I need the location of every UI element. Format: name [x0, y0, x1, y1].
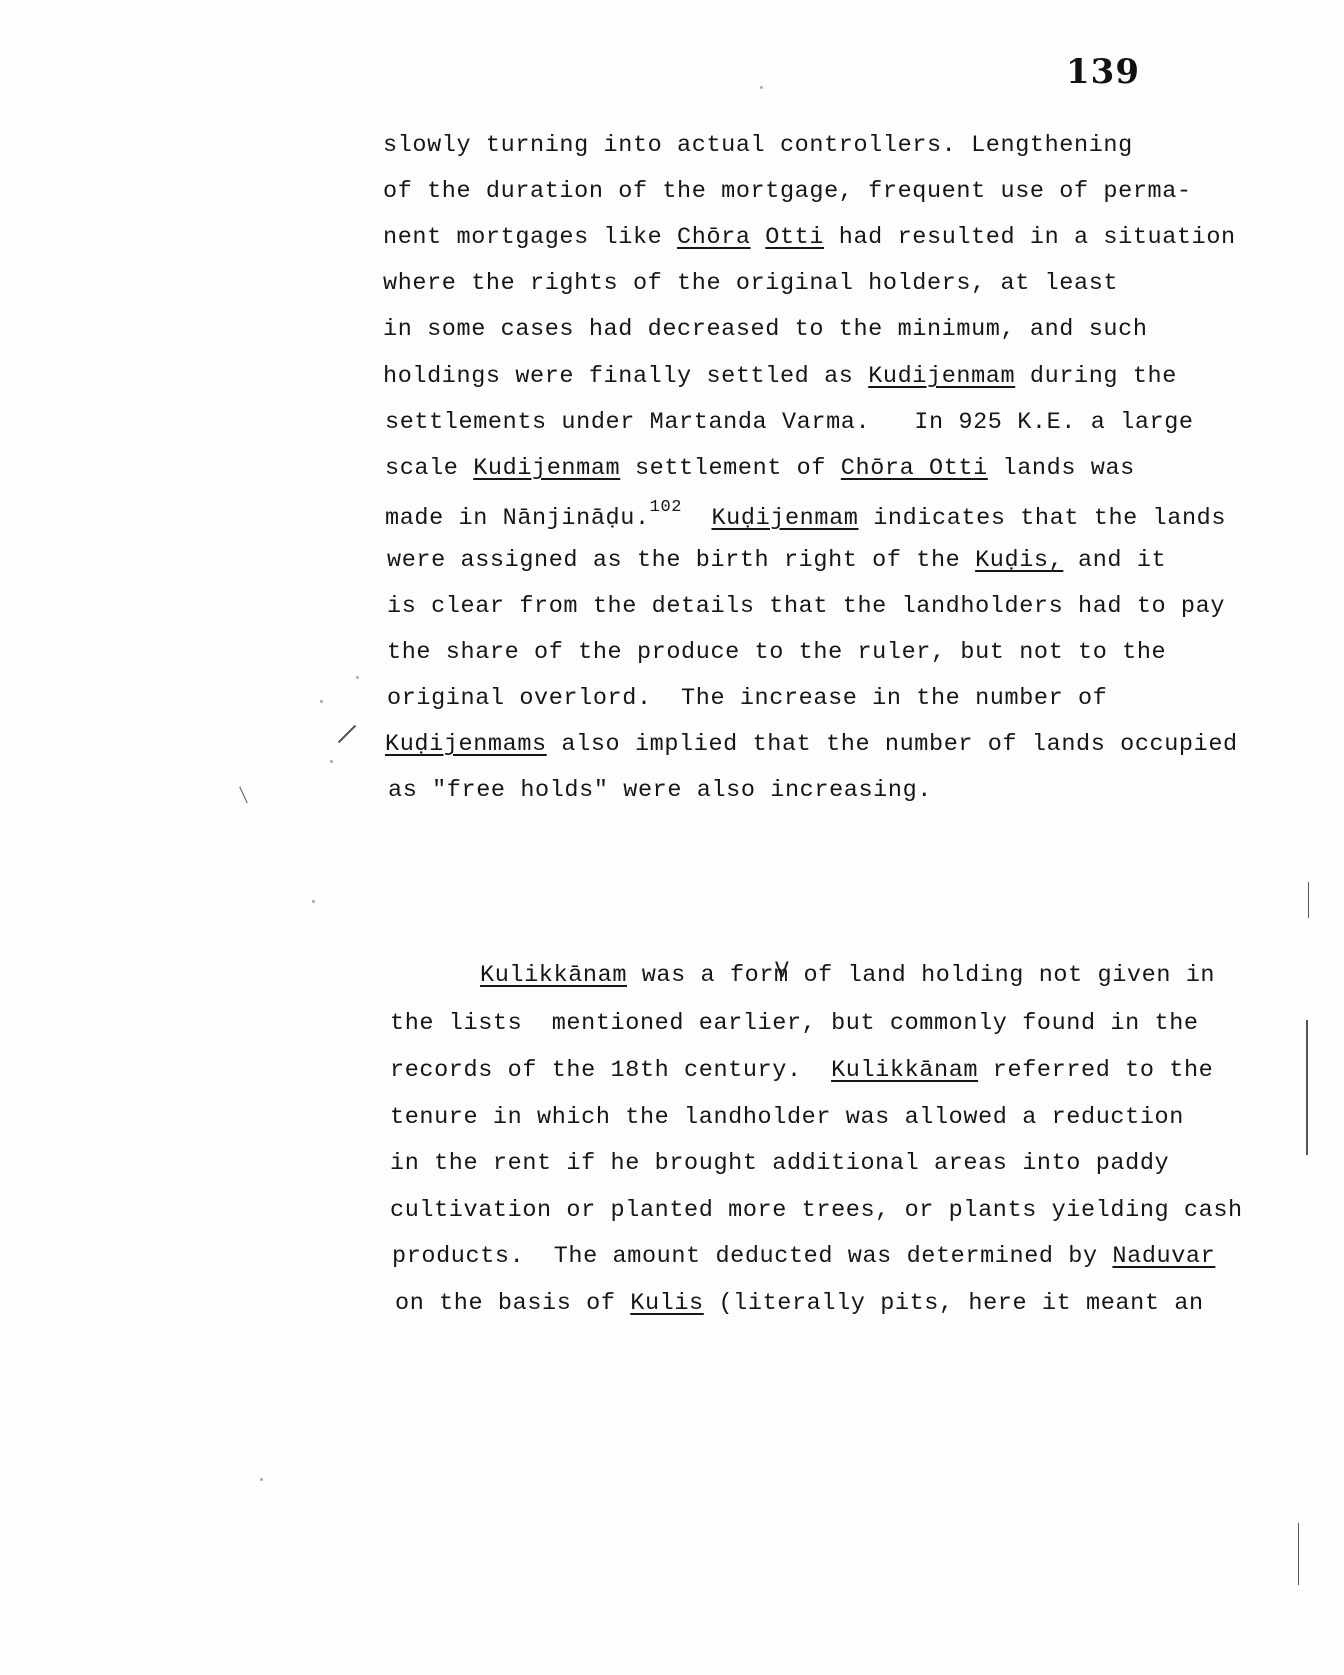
text-run: scale	[385, 455, 473, 482]
underlined-term: Kulis	[630, 1290, 704, 1317]
text-run: as "free holds" were also increasing.	[388, 777, 932, 804]
text-run: records of the 18th century.	[390, 1057, 831, 1084]
text-run: indicates that the lands	[859, 505, 1227, 532]
text-run: made in Nānjināḍu.	[385, 505, 650, 532]
underlined-term: Kulikkānam	[831, 1057, 978, 1084]
text-line: where the rights of the original holders…	[383, 270, 1118, 297]
text-line: nent mortgages like Chōra Otti had resul…	[383, 224, 1236, 251]
text-run: original overlord. The increase in the n…	[387, 685, 1107, 712]
text-run: referred to the	[978, 1057, 1213, 1084]
text-line: original overlord. The increase in the n…	[387, 685, 1107, 712]
text-run: holdings were finally settled as	[383, 363, 868, 390]
text-line: settlements under Martanda Varma. In 925…	[385, 409, 1194, 436]
underlined-term: Kudijenmam	[473, 455, 620, 482]
scan-speck	[320, 700, 323, 703]
text-line: scale Kudijenmam settlement of Chōra Ott…	[385, 455, 1135, 482]
text-run: were assigned as the birth right of the	[387, 547, 975, 574]
scan-mark	[239, 787, 248, 804]
text-run: had resulted in a situation	[824, 224, 1236, 251]
text-line: of the duration of the mortgage, frequen…	[383, 178, 1192, 205]
text-line: on the basis of Kulis (literally pits, h…	[395, 1290, 1204, 1317]
text-run: settlements under Martanda Varma. In 925…	[385, 409, 1194, 436]
scanned-page: 139 slowly turning into actual controlle…	[0, 0, 1344, 1675]
text-run: settlement of	[620, 455, 841, 482]
footnote-ref: 102	[650, 498, 682, 517]
text-line: were assigned as the birth right of the …	[387, 547, 1166, 574]
text-run: during the	[1015, 363, 1177, 390]
text-run: was a form of land holding not given in	[627, 962, 1215, 989]
scan-mark	[1298, 1523, 1299, 1585]
text-run: in some cases had decreased to the minim…	[383, 316, 1148, 343]
underlined-term: Chōra Otti	[841, 455, 988, 482]
text-run: also implied that the number of lands oc…	[547, 731, 1238, 758]
text-run: on the basis of	[395, 1290, 630, 1317]
underlined-term: Otti	[765, 224, 824, 251]
text-run: is clear from the details that the landh…	[387, 593, 1225, 620]
text-line: cultivation or planted more trees, or pl…	[390, 1197, 1243, 1224]
text-line: Kulikkānam was a form of land holding no…	[480, 962, 1215, 989]
text-run: slowly turning into actual controllers. …	[383, 132, 1133, 159]
text-run	[682, 505, 711, 532]
text-line: is clear from the details that the landh…	[387, 593, 1225, 620]
underlined-term: Kulikkānam	[480, 962, 627, 989]
underlined-term: Kudijenmam	[868, 363, 1015, 390]
text-run: lands was	[988, 455, 1135, 482]
text-run: of the duration of the mortgage, frequen…	[383, 178, 1192, 205]
text-run: the share of the produce to the ruler, b…	[387, 639, 1166, 666]
text-line: the share of the produce to the ruler, b…	[387, 639, 1166, 666]
text-run: (literally pits, here it meant an	[704, 1290, 1204, 1317]
text-line: made in Nānjināḍu.102 Kuḍijenmam indicat…	[385, 502, 1226, 532]
text-run	[751, 224, 766, 251]
text-run: the lists mentioned earlier, but commonl…	[390, 1010, 1199, 1037]
underlined-term: Naduvar	[1112, 1243, 1215, 1270]
scan-speck	[356, 676, 359, 679]
text-line: holdings were finally settled as Kudijen…	[383, 363, 1177, 390]
text-run: products. The amount deducted was determ…	[392, 1243, 1112, 1270]
text-line: products. The amount deducted was determ…	[392, 1243, 1215, 1270]
underlined-term: Kuḍijenmams	[385, 731, 547, 758]
text-run: tenure in which the landholder was allow…	[390, 1104, 1184, 1131]
scan-speck	[760, 86, 763, 89]
scan-mark	[338, 725, 356, 743]
underlined-term: Kuḍijenmam	[711, 505, 858, 532]
scan-mark	[1306, 1020, 1308, 1155]
text-line: records of the 18th century. Kulikkānam …	[390, 1057, 1213, 1084]
text-line: Kuḍijenmams also implied that the number…	[385, 731, 1238, 758]
underlined-term: Kuḍis,	[975, 547, 1063, 574]
underlined-term: Chōra	[677, 224, 751, 251]
scan-speck	[260, 1478, 263, 1481]
text-line: tenure in which the landholder was allow…	[390, 1104, 1184, 1131]
text-line: in some cases had decreased to the minim…	[383, 316, 1148, 343]
text-line: in the rent if he brought additional are…	[390, 1150, 1169, 1177]
text-run: and it	[1063, 547, 1166, 574]
text-run: in the rent if he brought additional are…	[390, 1150, 1169, 1177]
text-line: the lists mentioned earlier, but commonl…	[390, 1010, 1199, 1037]
text-run: nent mortgages like	[383, 224, 677, 251]
text-line: as "free holds" were also increasing.	[388, 777, 932, 804]
scan-speck	[330, 760, 333, 763]
text-line: slowly turning into actual controllers. …	[383, 132, 1133, 159]
page-number: 139	[1066, 52, 1140, 92]
text-run: cultivation or planted more trees, or pl…	[390, 1197, 1243, 1224]
text-run: where the rights of the original holders…	[383, 270, 1118, 297]
scan-speck	[312, 900, 315, 903]
scan-mark	[1308, 882, 1309, 918]
